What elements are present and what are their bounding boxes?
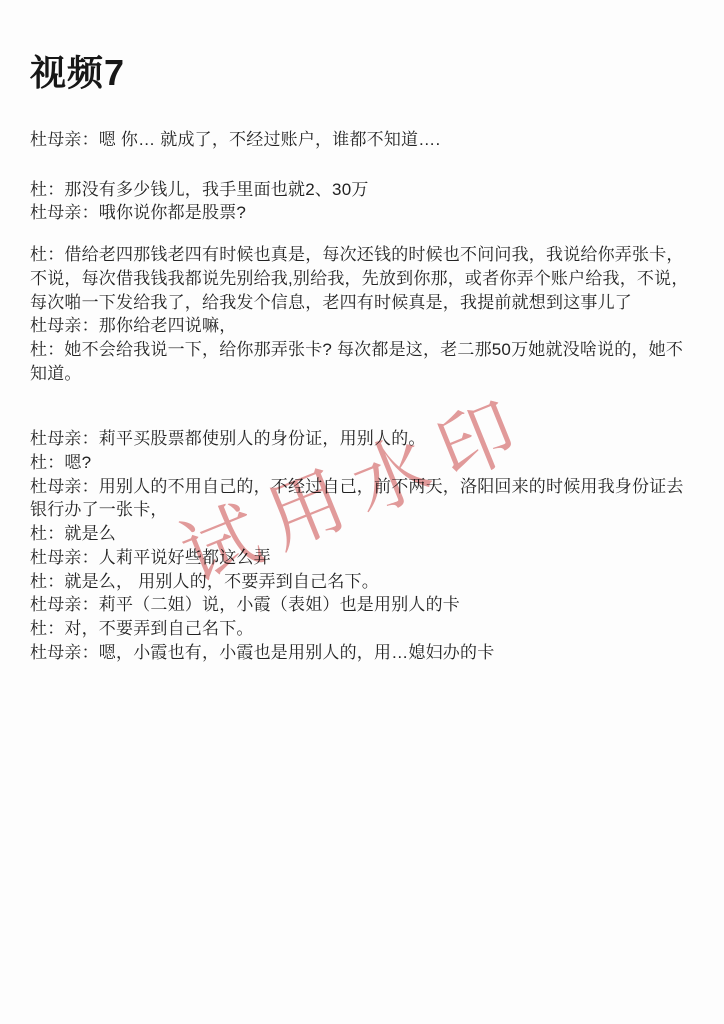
dialogue-line: 杜母亲：嗯 你… 就成了，不经过账户，谁都不知道…. xyxy=(30,128,694,152)
dialogue-line: 杜：就是么 xyxy=(30,522,694,546)
dialogue-line: 杜：借给老四那钱老四有时候也真是，每次还钱的时候也不问问我，我说给你弄张卡，不说… xyxy=(30,243,694,314)
dialogue-block: 杜母亲：莉平买股票都使别人的身份证，用别人的。 杜：嗯? 杜母亲：用别人的不用自… xyxy=(30,427,694,664)
dialogue-line: 杜：嗯? xyxy=(30,451,694,475)
dialogue-block: 杜：借给老四那钱老四有时候也真是，每次还钱的时候也不问问我，我说给你弄张卡，不说… xyxy=(30,243,694,385)
dialogue-line: 杜母亲：人莉平说好些都这么弄 xyxy=(30,546,694,570)
dialogue-line: 杜母亲：那你给老四说嘛， xyxy=(30,314,694,338)
dialogue-line: 杜母亲：莉平买股票都使别人的身份证，用别人的。 xyxy=(30,427,694,451)
dialogue-line: 杜：她不会给我说一下，给你那弄张卡? 每次都是这，老二那50万她就没啥说的，她不… xyxy=(30,338,694,385)
dialogue-line: 杜母亲：哦你说你都是股票? xyxy=(30,201,694,225)
dialogue-line: 杜母亲：用别人的不用自己的，不经过自己，前不两天，洛阳回来的时候用我身份证去银行… xyxy=(30,475,694,522)
dialogue-block: 杜：那没有多少钱儿，我手里面也就2、30万 杜母亲：哦你说你都是股票? xyxy=(30,178,694,225)
document-page: 视频7 杜母亲：嗯 你… 就成了，不经过账户，谁都不知道…. 杜：那没有多少钱儿… xyxy=(0,0,724,1024)
transcript: 杜母亲：嗯 你… 就成了，不经过账户，谁都不知道…. 杜：那没有多少钱儿，我手里… xyxy=(30,128,694,664)
page-title: 视频7 xyxy=(30,52,694,94)
dialogue-line: 杜母亲：莉平（二姐）说，小霞（表姐）也是用别人的卡 xyxy=(30,593,694,617)
dialogue-line: 杜：那没有多少钱儿，我手里面也就2、30万 xyxy=(30,178,694,202)
dialogue-line: 杜：就是么， 用别人的，不要弄到自己名下。 xyxy=(30,570,694,594)
dialogue-line: 杜：对，不要弄到自己名下。 xyxy=(30,617,694,641)
dialogue-line: 杜母亲：嗯，小霞也有，小霞也是用别人的，用…媳妇办的卡 xyxy=(30,641,694,665)
dialogue-block: 杜母亲：嗯 你… 就成了，不经过账户，谁都不知道…. xyxy=(30,128,694,152)
